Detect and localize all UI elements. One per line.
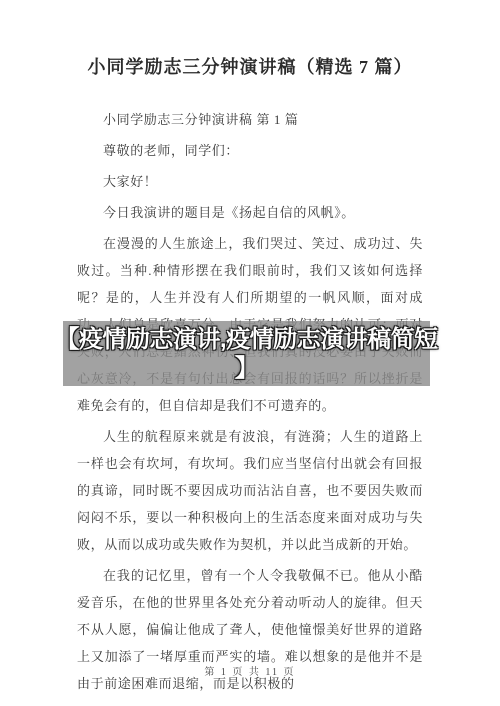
watermark-overlay: 【疫情励志演讲,疫情励志演讲稿简短 】: [63, 321, 430, 386]
section-heading: 小同学励志三分钟演讲稿 第 1 篇: [77, 106, 423, 133]
document-body: 小同学励志三分钟演讲稿 第 1 篇 尊敬的老师，同学们： 大家好！ 今日我演讲的…: [77, 106, 423, 697]
paragraph-greeting: 大家好！: [77, 168, 423, 195]
paragraph-salutation: 尊敬的老师，同学们：: [77, 137, 423, 164]
paragraph-body-2: 人生的航程原来就是有波浪，有涟漪；人生的道路上一样也会有坎坷，有坎坷。我们应当坚…: [77, 423, 423, 558]
page-title: 小同学励志三分钟演讲稿（精选 7 篇）: [0, 0, 500, 80]
paragraph-topic: 今日我演讲的题目是《扬起自信的风帆》。: [77, 199, 423, 226]
page-number-footer: 第 1 页 共 11 页: [0, 663, 500, 678]
watermark-text-line-1: 【疫情励志演讲,疫情励志演讲稿简短: [55, 325, 437, 354]
document-page: 小同学励志三分钟演讲稿（精选 7 篇） 小同学励志三分钟演讲稿 第 1 篇 尊敬…: [0, 0, 500, 706]
watermark-text-line-2: 】: [235, 354, 259, 383]
